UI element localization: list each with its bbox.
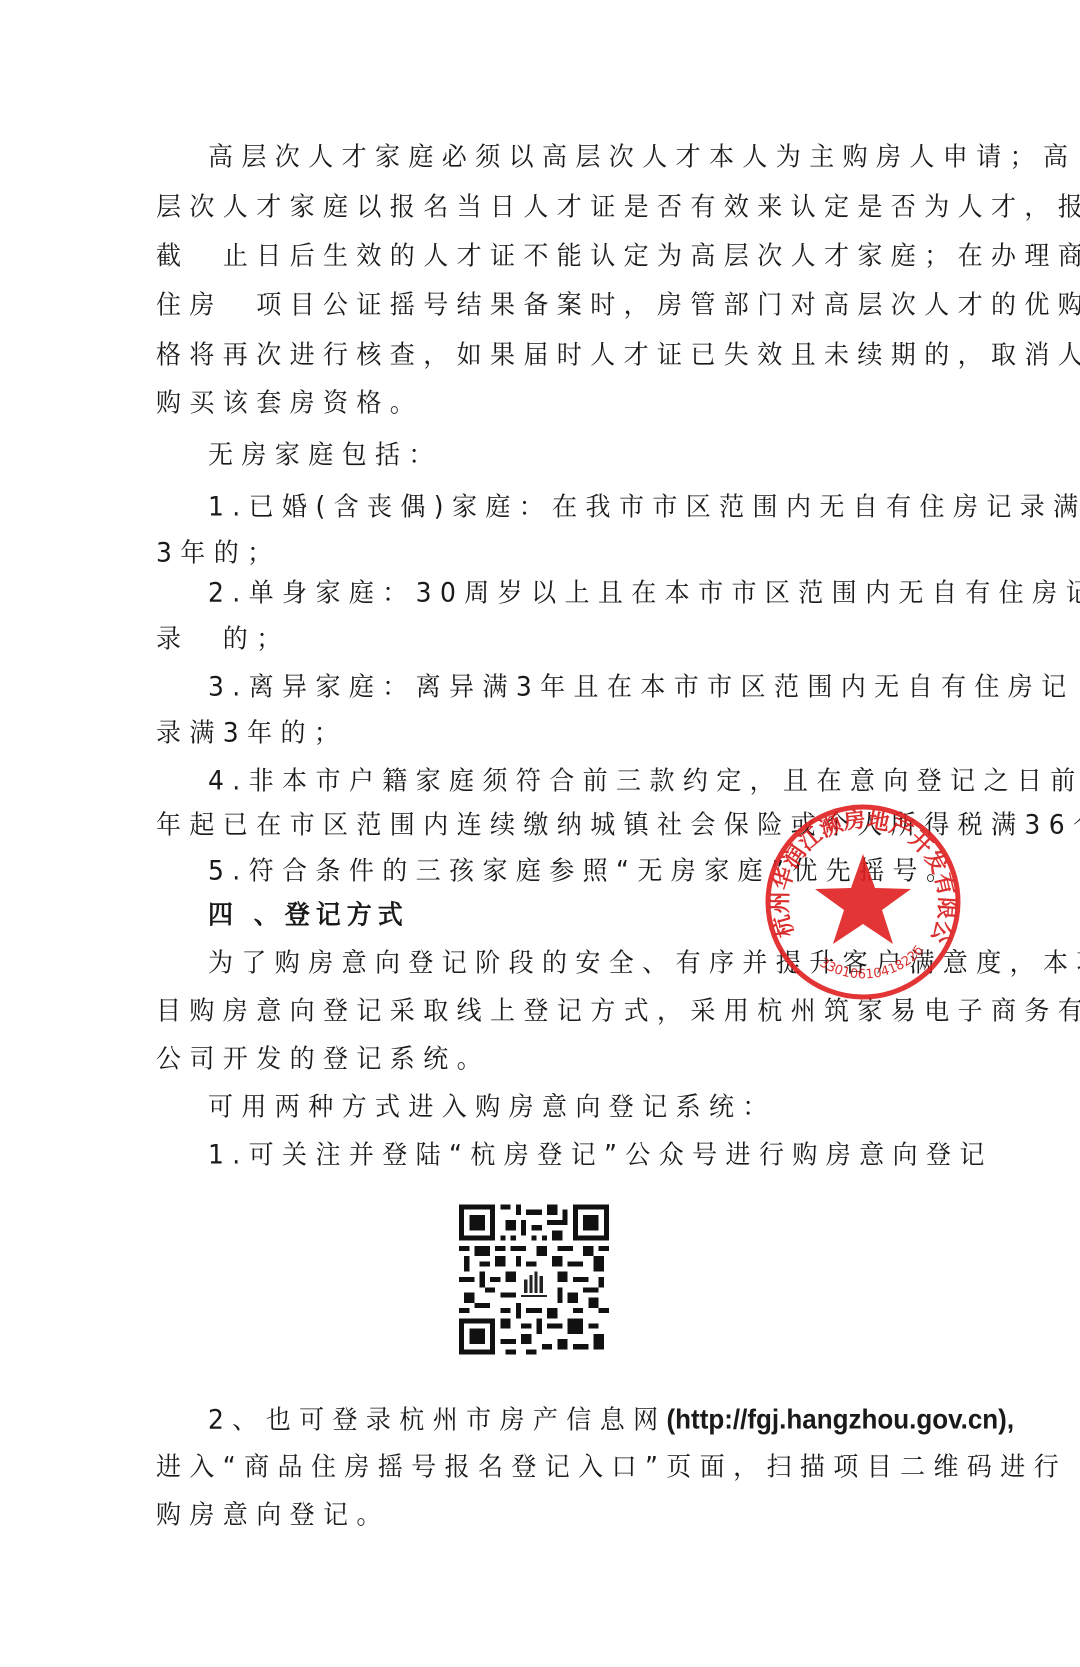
seal-number: 3301061041822б: [817, 943, 927, 982]
text-line: 购房意向登记。: [156, 1499, 390, 1531]
star-icon: [815, 854, 911, 944]
text-line: 录满3年的；: [156, 717, 347, 749]
list-item-1: 1.已婚(含丧偶)家庭：在我市市区范围内无自有住房记录满: [208, 491, 1080, 523]
company-seal: 杭州华润江濒房地产开发有限公司 3301061041822б: [763, 802, 963, 1002]
text-line: 2、也可登录杭州市房产信息网(http://fgj.hangzhou.gov.c…: [208, 1403, 1014, 1436]
text-line: 住房 项目公证摇号结果备案时，房管部门对高层次人才的优购资: [156, 289, 1080, 321]
section-heading: 四 、登记方式: [208, 899, 409, 931]
list-item-4: 4.非本市户籍家庭须符合前三款约定，且在意向登记之日前3: [208, 765, 1080, 797]
list-item-2: 2.单身家庭：30周岁以上且在本市市区范围内无自有住房记: [208, 577, 1080, 609]
website-link[interactable]: (http://fgj.hangzhou.gov.cn),: [667, 1403, 1015, 1435]
text-line: 无房家庭包括：: [208, 439, 442, 471]
text-line: 格将再次进行核查，如果届时人才证已失效且未续期的，取消人才: [156, 339, 1080, 371]
text-line: 公司开发的登记系统。: [156, 1043, 490, 1075]
text-line: 截 止日后生效的人才证不能认定为高层次人才家庭；在办理商品: [156, 240, 1080, 272]
text-line: 进入“商品住房摇号报名登记入口”页面，扫描项目二维码进行: [156, 1451, 1067, 1483]
text-line: 可用两种方式进入购房意向登记系统：: [208, 1091, 776, 1123]
text-line: 录 的；: [156, 623, 290, 655]
qr-code[interactable]: [459, 1197, 609, 1362]
text-line: 层次人才家庭以报名当日人才证是否有效来认定是否为人才，报名: [156, 191, 1080, 223]
text-line: 1.可关注并登陆“杭房登记”公众号进行购房意向登记: [208, 1139, 993, 1171]
text-line: 购买该套房资格。: [156, 387, 423, 419]
text-line: 3年的；: [156, 537, 281, 569]
list-item-3: 3.离异家庭：离异满3年且在本市市区范围内无自有住房记: [208, 671, 1075, 703]
text-line: 高层次人才家庭必须以高层次人才本人为主购房人申请；高: [208, 141, 1076, 173]
